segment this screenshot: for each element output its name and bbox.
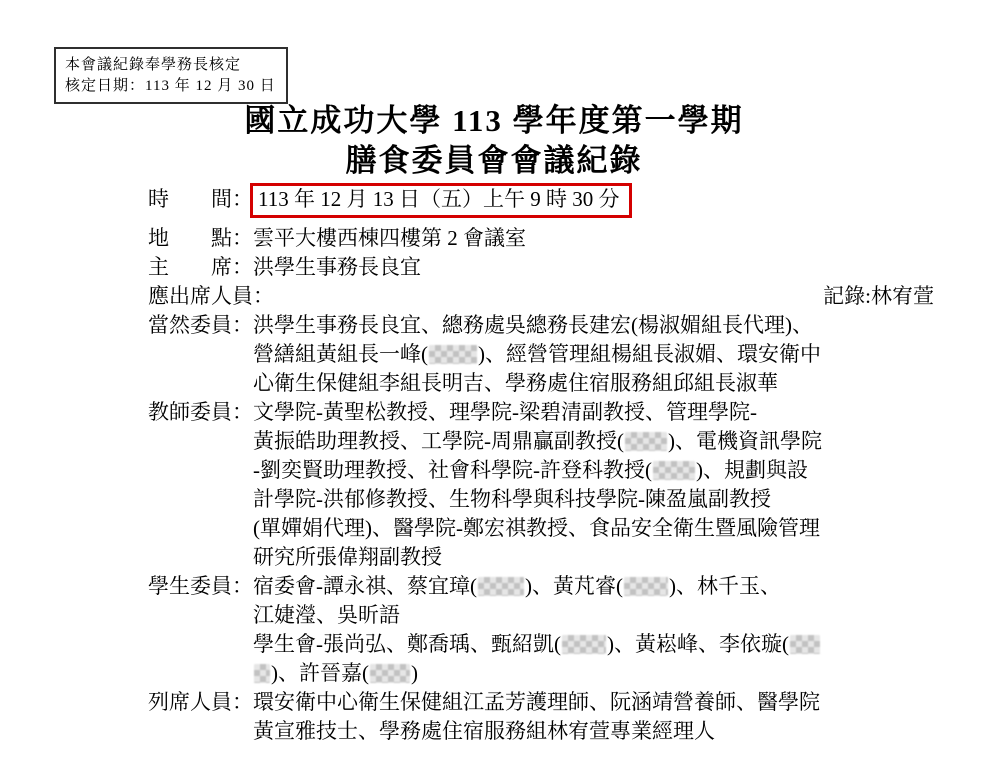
redacted-text xyxy=(370,664,410,683)
section-line: -劉奕賢助理教授、社會科學院-許登科教授()、規劃與設 xyxy=(253,456,938,485)
recorder-label: 記錄:林宥萱 xyxy=(823,282,938,311)
document-title: 國立成功大學 113 學年度第一學期 膳食委員會會議紀錄 xyxy=(0,101,988,181)
section-faculty-members: 教師委員： 文學院-黃聖松教授、理學院-梁碧清副教授、管理學院- 黃振皓助理教授… xyxy=(148,398,938,572)
meeting-location-row: 地 點： 雲平大樓西棟四樓第 2 會議室 xyxy=(148,224,938,253)
section-line: 文學院-黃聖松教授、理學院-梁碧清副教授、管理學院- xyxy=(253,398,938,427)
section-ex-officio-members: 當然委員： 洪學生事務長良宜、總務處吳總務長建宏(楊淑媚組長代理)、 營繕組黃組… xyxy=(148,311,938,398)
location-label: 地 點： xyxy=(148,224,253,253)
expected-attendees-row: 應出席人員： 記錄:林宥萱 xyxy=(148,282,938,311)
redacted-text xyxy=(625,432,667,451)
section-line: 宿委會-譚永祺、蔡宜璋()、黃芃睿()、林千玉、 xyxy=(253,572,938,601)
location-value: 雲平大樓西棟四樓第 2 會議室 xyxy=(253,224,938,253)
section-line: 計學院-洪郁修教授、生物科學與科技學院-陳盈嵐副教授 xyxy=(253,485,938,514)
document-page: 本會議紀錄奉學務長核定 核定日期：113 年 12 月 30 日 國立成功大學 … xyxy=(0,0,988,766)
approval-note-line1: 本會議紀錄奉學務長核定 xyxy=(65,55,277,76)
redacted-text xyxy=(254,664,270,683)
section-observers: 列席人員： 環安衛中心衛生保健組江孟芳護理師、阮涵靖營養師、醫學院 黃宣雅技士、… xyxy=(148,688,938,746)
chair-value: 洪學生事務長良宜 xyxy=(253,253,938,282)
section-line: 黃振皓助理教授、工學院-周鼎贏副教授()、電機資訊學院 xyxy=(253,427,938,456)
chair-label: 主 席： xyxy=(148,253,253,282)
highlight-box: 113 年 12 月 13 日（五）上午 9 時 30 分 xyxy=(250,183,632,218)
meeting-time-row: 時 間： 113 年 12 月 13 日（五）上午 9 時 30 分 xyxy=(148,185,938,218)
redacted-text xyxy=(478,577,524,596)
section-line: 營繕組黃組長一峰()、經營管理組楊組長淑媚、環安衛中 xyxy=(253,340,938,369)
time-value: 113 年 12 月 13 日（五）上午 9 時 30 分 xyxy=(258,187,619,211)
expected-attendees-label: 應出席人員： xyxy=(148,282,274,311)
redacted-text xyxy=(790,635,820,654)
approval-note-line2: 核定日期：113 年 12 月 30 日 xyxy=(65,76,277,97)
section-line: 黃宣雅技士、學務處住宿服務組林宥萱專業經理人 xyxy=(253,717,938,746)
section-label: 教師委員： xyxy=(148,398,253,427)
section-line: 江婕瀅、吳昕語 xyxy=(253,601,938,630)
section-line: 研究所張偉翔副教授 xyxy=(253,543,938,572)
title-line-2: 膳食委員會會議紀錄 xyxy=(0,141,988,181)
redacted-text xyxy=(653,461,695,480)
time-label: 時 間： xyxy=(148,185,253,214)
redacted-text xyxy=(624,577,668,596)
section-line: 洪學生事務長良宜、總務處吳總務長建宏(楊淑媚組長代理)、 xyxy=(253,311,938,340)
section-line: 學生會-張尚弘、鄭喬瑀、甄紹凱()、黃崧峰、李依璇( xyxy=(253,630,938,659)
section-line: )、許晉嘉() xyxy=(253,659,938,688)
document-body: 時 間： 113 年 12 月 13 日（五）上午 9 時 30 分 地 點： … xyxy=(148,185,938,746)
section-line: 環安衛中心衛生保健組江孟芳護理師、阮涵靖營養師、醫學院 xyxy=(253,688,938,717)
section-label: 列席人員： xyxy=(148,688,253,717)
redacted-text xyxy=(562,635,606,654)
section-line: 心衛生保健組李組長明吉、學務處住宿服務組邱組長淑華 xyxy=(253,369,938,398)
section-label: 學生委員： xyxy=(148,572,253,601)
section-line: (單嬋娟代理)、醫學院-鄭宏祺教授、食品安全衛生暨風險管理 xyxy=(253,514,938,543)
approval-note-box: 本會議紀錄奉學務長核定 核定日期：113 年 12 月 30 日 xyxy=(54,47,288,104)
redacted-text xyxy=(429,345,477,364)
section-label: 當然委員： xyxy=(148,311,253,340)
section-student-members: 學生委員： 宿委會-譚永祺、蔡宜璋()、黃芃睿()、林千玉、 江婕瀅、吳昕語 學… xyxy=(148,572,938,688)
title-line-1: 國立成功大學 113 學年度第一學期 xyxy=(0,101,988,141)
chair-row: 主 席： 洪學生事務長良宜 xyxy=(148,253,938,282)
